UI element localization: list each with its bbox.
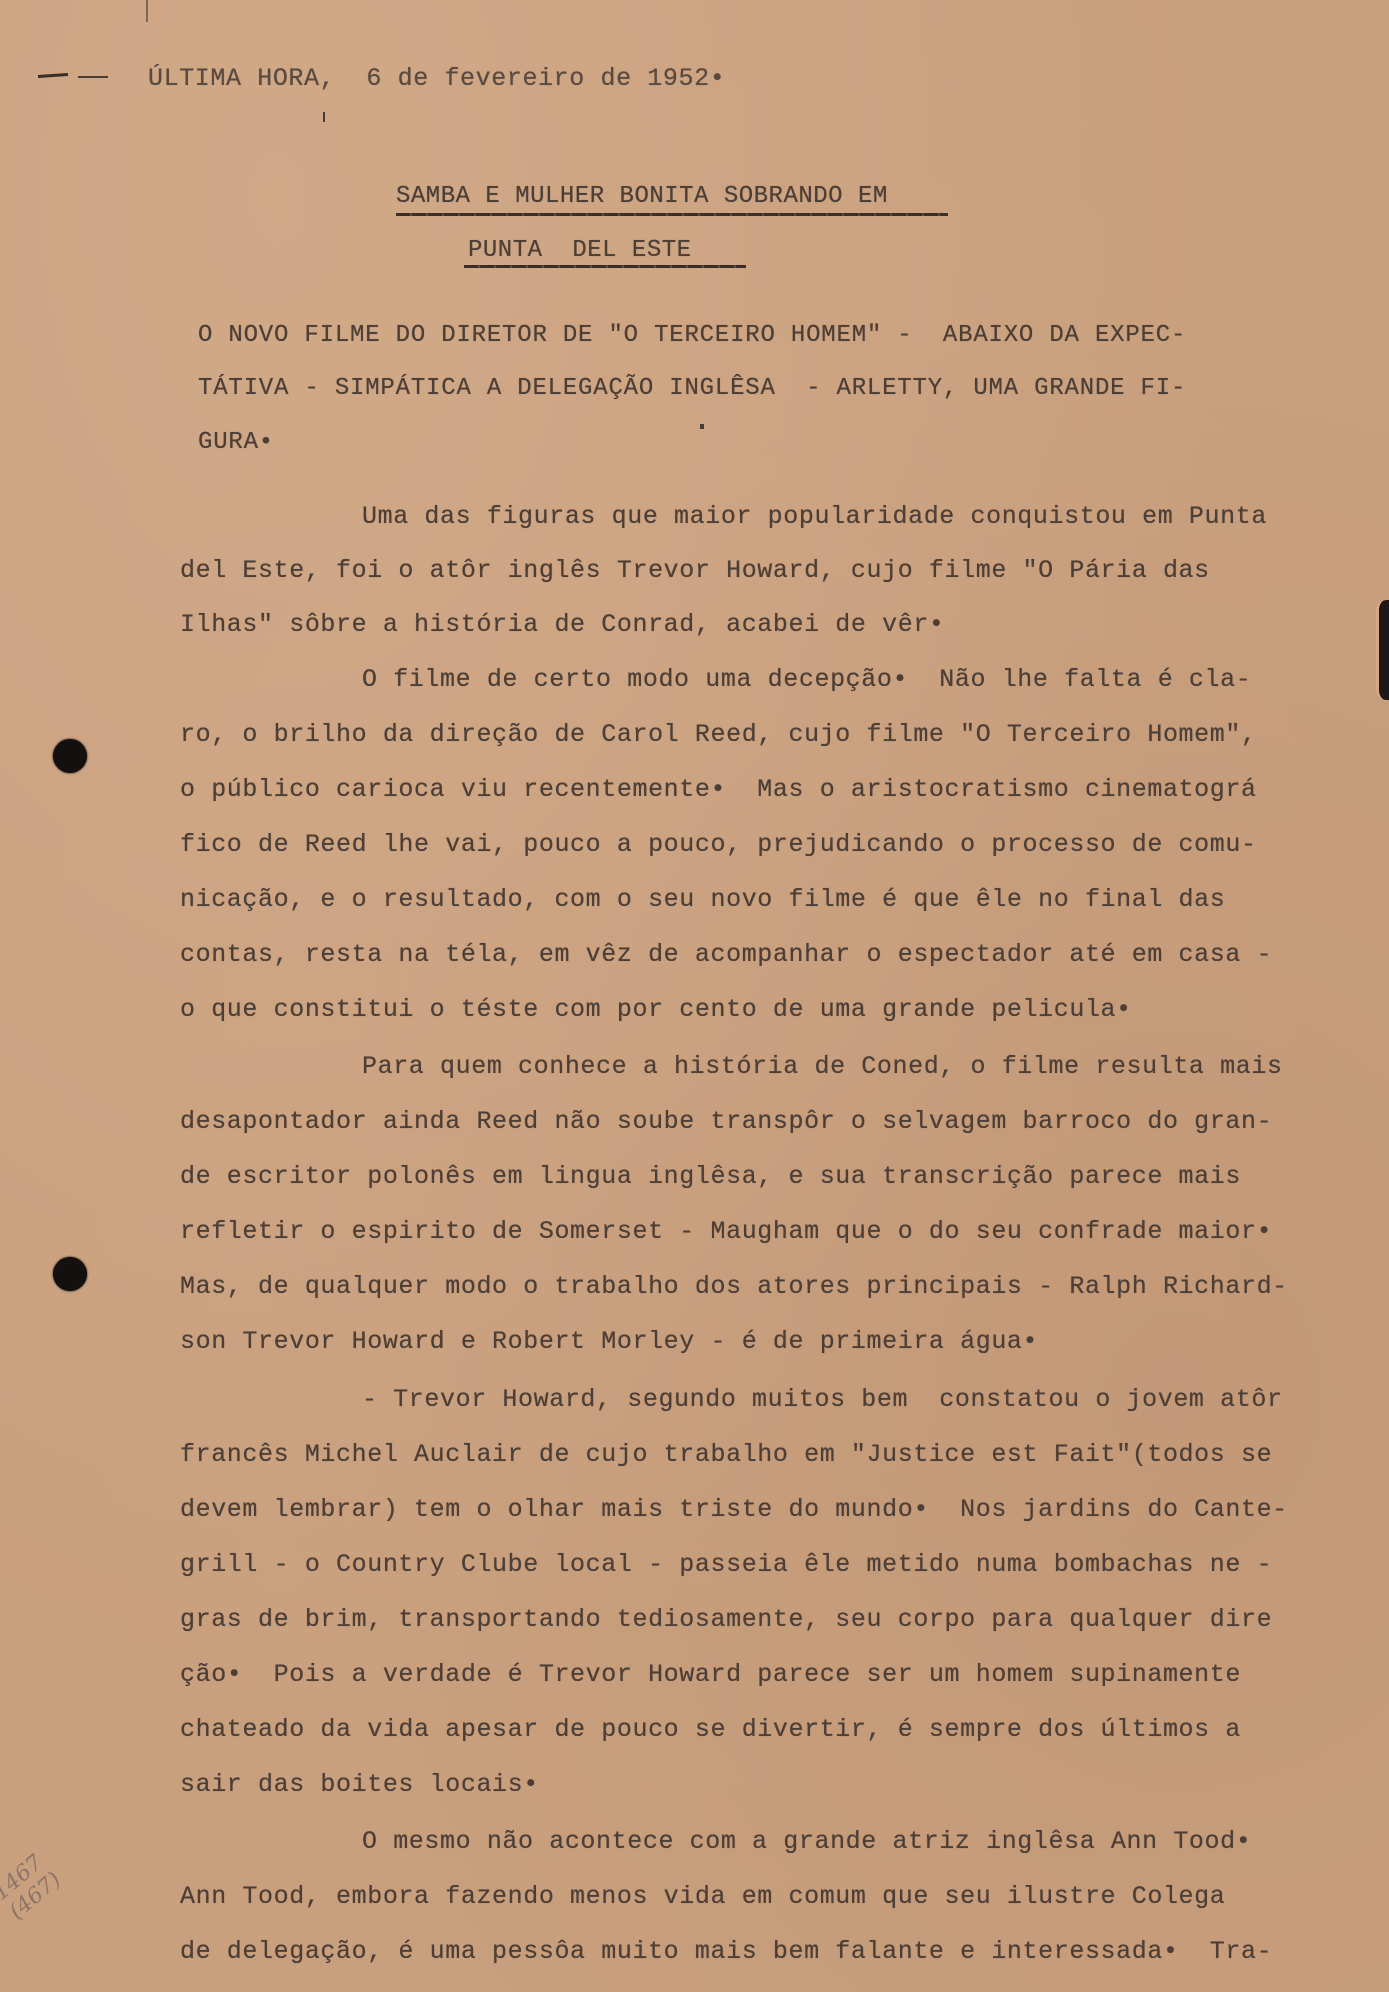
body-line: ção• Pois a verdade é Trevor Howard pare… [180,1660,1241,1689]
stray-mark [323,112,325,122]
body-line: O mesmo não acontece com a grande atriz … [362,1827,1251,1856]
body-line: francês Michel Auclair de cujo trabalho … [180,1440,1272,1469]
headline-underline-2 [464,265,746,268]
stray-mark [700,424,704,429]
typewritten-page: ÚLTIMA HORA, 6 de fevereiro de 1952• SAM… [0,0,1389,1992]
body-line: Para quem conhece a história de Coned, o… [362,1052,1283,1081]
body-line: del Este, foi o atôr inglês Trevor Howar… [180,556,1210,585]
body-line: gras de brim, transportando tediosamente… [180,1605,1272,1634]
punch-hole-bottom [53,1257,87,1291]
body-line: Ilhas" sôbre a história de Conrad, acabe… [180,610,945,639]
body-line: Mas, de qualquer modo o trabalho dos ato… [180,1272,1288,1301]
body-line: son Trevor Howard e Robert Morley - é de… [180,1327,1038,1356]
torn-edge [1376,600,1389,700]
body-line: Ann Tood, embora fazendo menos vida em c… [180,1882,1225,1911]
stray-mark [146,0,148,22]
headline-line-1: SAMBA E MULHER BONITA SOBRANDO EM [396,183,888,210]
body-line: ro, o brilho da direção de Carol Reed, c… [180,720,1257,749]
body-line: de escritor polonês em lingua inglêsa, e… [180,1162,1241,1191]
dash-mark [38,74,110,78]
body-line: desapontador ainda Reed não soube transp… [180,1107,1272,1136]
body-line: o que constitui o téste com por cento de… [180,995,1132,1024]
body-line: fico de Reed lhe vai, pouco a pouco, pre… [180,830,1257,859]
dateline: ÚLTIMA HORA, 6 de fevereiro de 1952• [148,64,725,93]
body-line: refletir o espirito de Somerset - Maugha… [180,1217,1272,1246]
subheading-line-2: TÁTIVA - SIMPÁTICA A DELEGAÇÃO INGLÊSA -… [198,375,1186,402]
body-line: de delegação, é uma pessôa muito mais be… [180,1937,1272,1966]
body-line: nicação, e o resultado, com o seu novo f… [180,885,1225,914]
margin-handwritten-note: 1467 (467) [0,1809,151,1970]
body-line: o público carioca viu recentemente• Mas … [180,775,1257,804]
body-line: contas, resta na téla, em vêz de acompan… [180,940,1272,969]
body-line: grill - o Country Clube local - passeia … [180,1550,1272,1579]
body-line: Uma das figuras que maior popularidade c… [362,502,1267,531]
body-line: sair das boites locais• [180,1770,539,1799]
headline-line-2: PUNTA DEL ESTE [468,237,692,264]
body-line: O filme de certo modo uma decepção• Não … [362,665,1251,694]
subheading-line-3: GURA• [198,429,274,456]
punch-hole-top [53,739,87,773]
body-line: devem lembrar) tem o olhar mais triste d… [180,1495,1288,1524]
subheading-line-1: O NOVO FILME DO DIRETOR DE "O TERCEIRO H… [198,322,1186,349]
headline-underline-1 [396,213,948,216]
body-line: - Trevor Howard, segundo muitos bem cons… [362,1385,1283,1414]
body-line: chateado da vida apesar de pouco se dive… [180,1715,1241,1744]
